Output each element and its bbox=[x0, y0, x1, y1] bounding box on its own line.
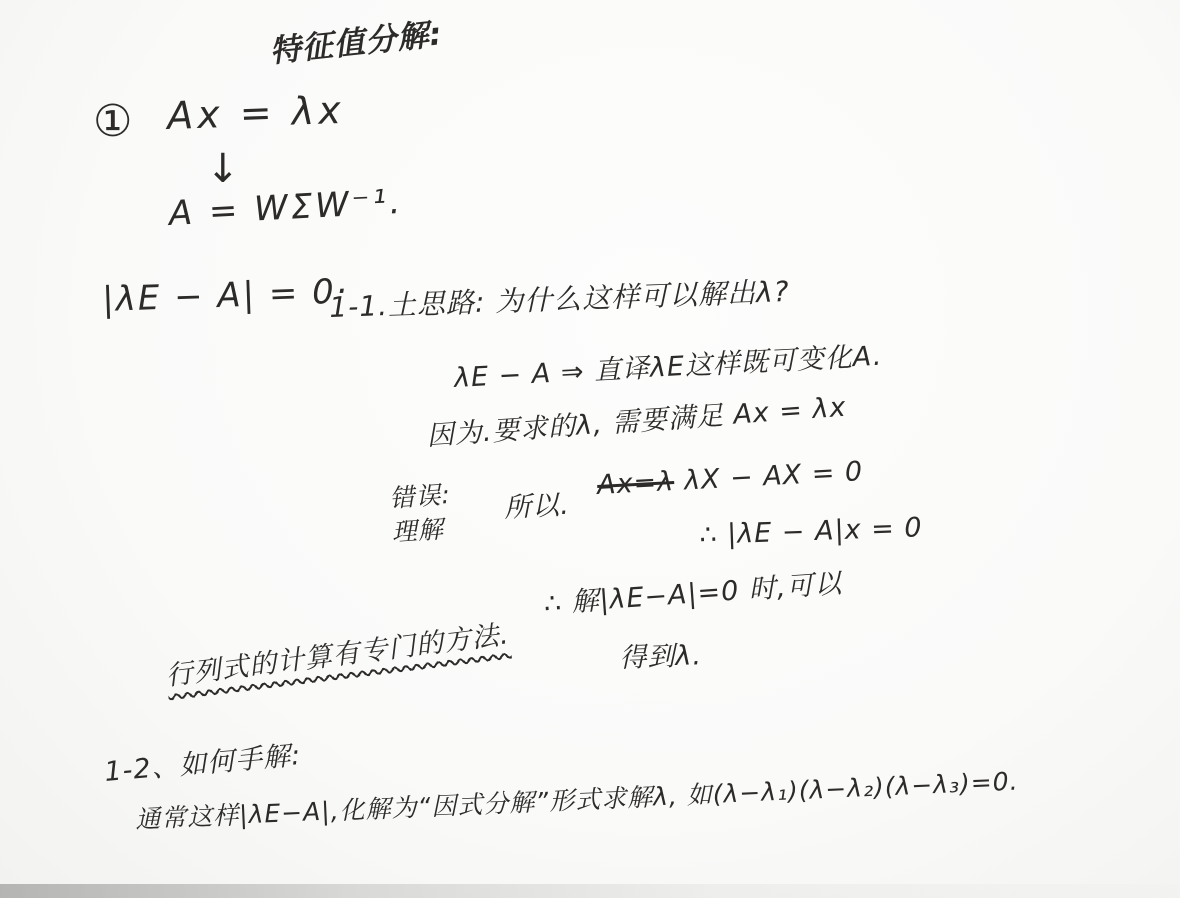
mistake-annotation: 错误: 理解 bbox=[388, 478, 454, 550]
derivation-line-3: Ax=λλX − AX = 0 bbox=[596, 456, 864, 501]
eigen-equation: Ax = λx bbox=[166, 88, 345, 138]
crossed-out-formula: Ax=λ bbox=[596, 466, 675, 501]
handwritten-note-page: 特征值分解: ① Ax = λx ↓ A = WΣW⁻¹. |λE − A| =… bbox=[0, 0, 1180, 898]
item-1-circled-number: ① bbox=[93, 96, 133, 147]
page-edge-shadow bbox=[0, 884, 1180, 898]
section-1-1-heading: 1-1.土思路: 为什么这样可以解出λ? bbox=[329, 270, 791, 326]
determinant-side-note: 行列式的计算有专门的方法. bbox=[163, 612, 511, 693]
section-1-2-heading: 1-2、如何手解: bbox=[103, 733, 303, 789]
down-arrow-icon: ↓ bbox=[206, 146, 241, 192]
note-title: 特征值分解: bbox=[267, 8, 444, 71]
derivation-line-5: ∴ 解|λE−A|=0 时,可以 bbox=[542, 561, 843, 621]
derivation-line-4: ∴ |λE − A|x = 0 bbox=[699, 512, 923, 551]
derivation-line-6: 得到λ. bbox=[619, 633, 703, 675]
decomposition-equation: A = WΣW⁻¹. bbox=[168, 182, 404, 234]
mistake-annotation-line2: 理解 bbox=[391, 514, 445, 547]
therefore-word: 所以. bbox=[503, 483, 571, 525]
determinant-equation: |λE − A| = 0· bbox=[102, 271, 350, 320]
derivation-line-2: 因为.要求的λ, 需要满足 Ax = λx bbox=[425, 385, 847, 453]
mistake-annotation-line1: 错误: bbox=[388, 480, 451, 513]
derivation-line-3-rest: λX − AX = 0 bbox=[683, 456, 864, 496]
